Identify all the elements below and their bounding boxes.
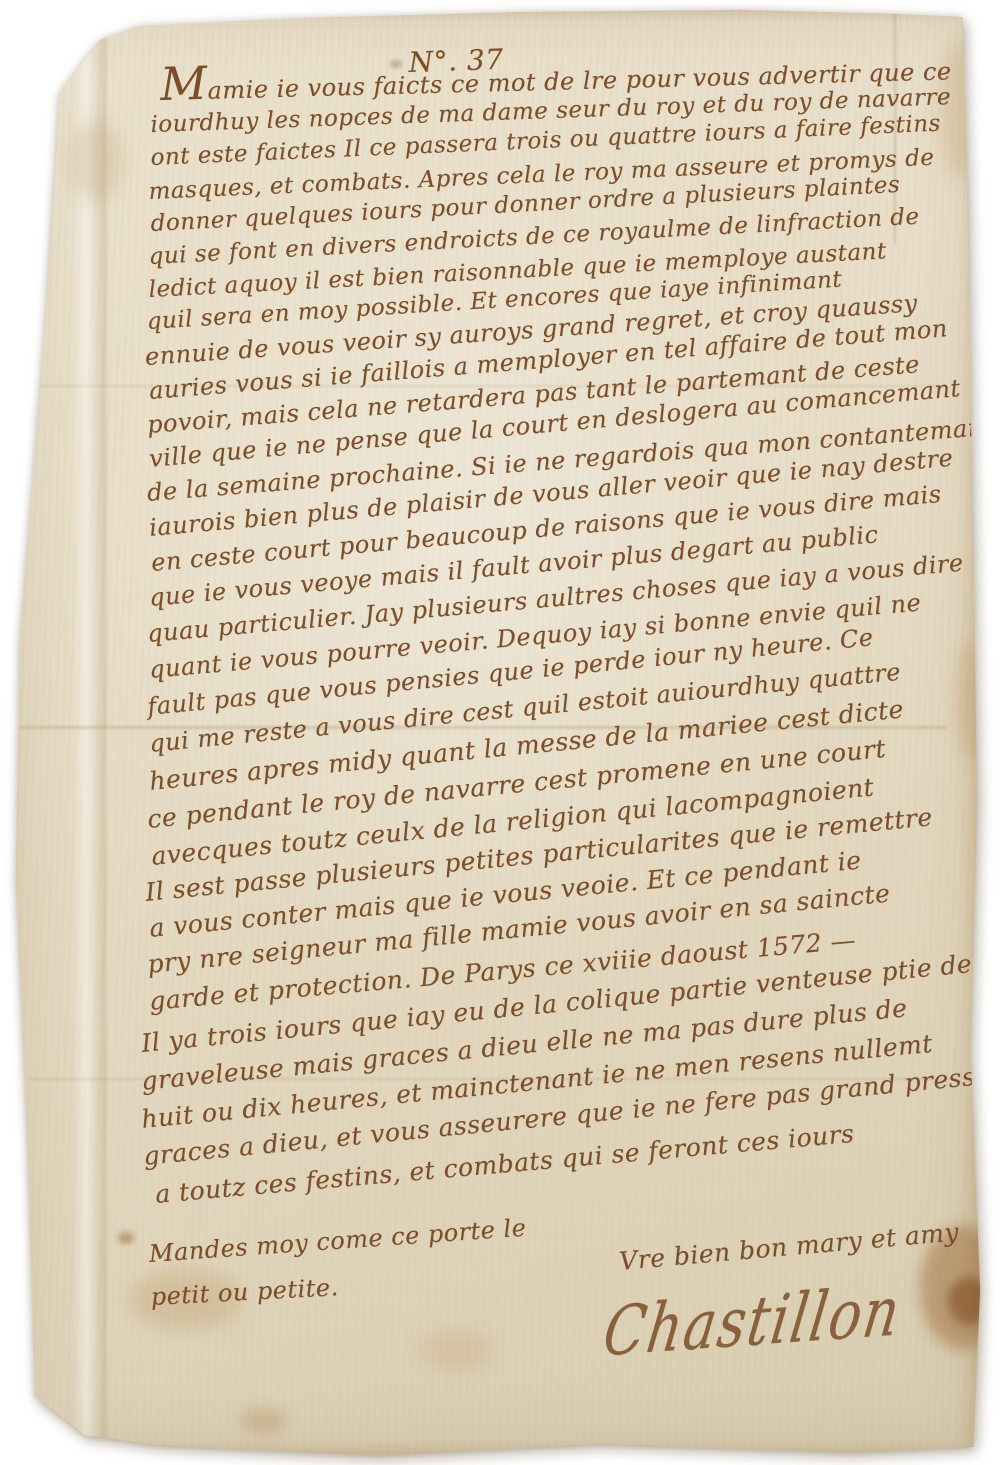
page-background: N°. 37 Mamie ie vous faicts ce mot de lr… — [0, 0, 1000, 1465]
manuscript-sheet-shadow: N°. 37 Mamie ie vous faicts ce mot de lr… — [0, 0, 1000, 1465]
manuscript-sheet: N°. 37 Mamie ie vous faicts ce mot de lr… — [10, 5, 985, 1457]
